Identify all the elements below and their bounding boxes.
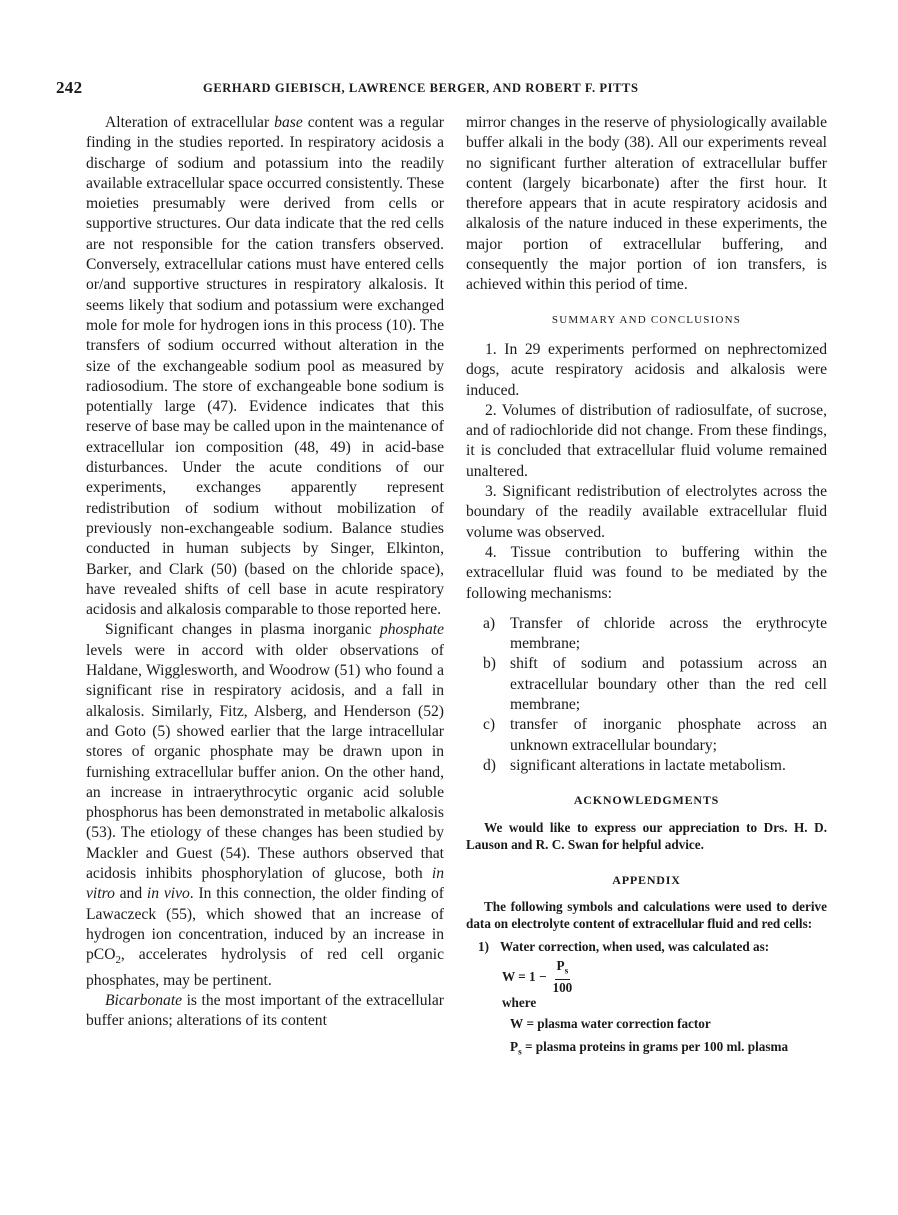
italic-term: in vivo [147,885,190,902]
paragraph-continued: mirror changes in the reserve of physiol… [466,113,827,296]
water-correction-formula: W = 1 − Ps 100 [466,958,827,994]
summary-item-1: 1. In 29 experiments performed on nephre… [466,340,827,401]
paragraph-bicarbonate: Bicarbonate is the most important of the… [86,991,444,1032]
text-run: content was a regular finding in the stu… [86,114,444,618]
summary-item-2: 2. Volumes of distribution of radiosulfa… [466,401,827,482]
appendix-item-1: 1) Water correction, when used, was calc… [466,938,827,956]
formula-fraction: Ps 100 [552,958,572,995]
text-run: , accelerates hydrolysis of red cell org… [86,946,444,988]
mechanism-item: b)shift of sodium and potassium across a… [466,654,827,715]
list-text: Water correction, when used, was calcula… [500,939,769,954]
mechanism-item: a)Transfer of chloride across the erythr… [466,614,827,655]
definition-text: = plasma proteins in grams per 100 ml. p… [522,1039,788,1054]
right-column: mirror changes in the reserve of physiol… [466,113,827,1061]
page-number: 242 [56,78,82,98]
definition-w: W = plasma water correction factor [510,1015,827,1038]
list-label: c) [483,715,495,735]
running-head-authors: GERHARD GIEBISCH, LAWRENCE BERGER, AND R… [203,81,639,96]
text-run: and [115,885,147,902]
list-text: Transfer of chloride across the erythroc… [510,615,827,652]
section-heading-summary: SUMMARY AND CONCLUSIONS [466,310,827,330]
section-heading-appendix: APPENDIX [466,870,827,890]
list-label: d) [483,756,496,776]
fraction-numerator: Ps [555,958,571,980]
text-run: levels were in accord with older observa… [86,642,444,882]
list-label: 1) [478,938,489,956]
definition-ps: Ps = plasma proteins in grams per 100 ml… [510,1038,827,1061]
paragraph-base-content: Alteration of extracellular base content… [86,113,444,620]
acknowledgments-text: We would like to express our appreciatio… [466,819,827,854]
where-label: where [466,994,827,1012]
list-label: a) [483,614,495,634]
left-column: Alteration of extracellular base content… [86,113,444,1031]
mechanisms-list: a)Transfer of chloride across the erythr… [466,614,827,776]
mechanism-item: d)significant alterations in lactate met… [466,756,827,776]
definition-text: = plasma water correction factor [523,1016,711,1031]
symbol-definitions: W = plasma water correction factor Ps = … [466,1015,827,1061]
paragraph-phosphate: Significant changes in plasma inorganic … [86,620,444,990]
summary-item-4: 4. Tissue contribution to buffering with… [466,543,827,604]
list-text: transfer of inorganic phosphate across a… [510,716,827,753]
mechanism-item: c)transfer of inorganic phosphate across… [466,715,827,756]
italic-term: phosphate [380,621,444,638]
page-header: 242 GERHARD GIEBISCH, LAWRENCE BERGER, A… [56,78,846,102]
symbol: W [510,1016,523,1031]
appendix-intro: The following symbols and calculations w… [466,898,827,933]
text-run: Significant changes in plasma inorganic [105,621,380,638]
italic-term: base [274,114,303,131]
text-run: Alteration of extracellular [105,114,274,131]
list-text: shift of sodium and potassium across an … [510,655,827,713]
list-text: significant alterations in lactate metab… [510,757,786,774]
fraction-denominator: 100 [552,980,572,995]
summary-item-3: 3. Significant redistribution of electro… [466,482,827,543]
list-label: b) [483,654,496,674]
numerator-symbol: P [557,958,565,973]
acknowledgments-block: We would like to express our appreciatio… [466,819,827,854]
subscript: s [565,966,569,976]
appendix-block: The following symbols and calculations w… [466,898,827,1061]
section-heading-acknowledgments: ACKNOWLEDGMENTS [466,790,827,810]
formula-lhs: W = 1 − [502,968,546,986]
symbol: P [510,1039,518,1054]
italic-term: Bicarbonate [105,992,182,1009]
